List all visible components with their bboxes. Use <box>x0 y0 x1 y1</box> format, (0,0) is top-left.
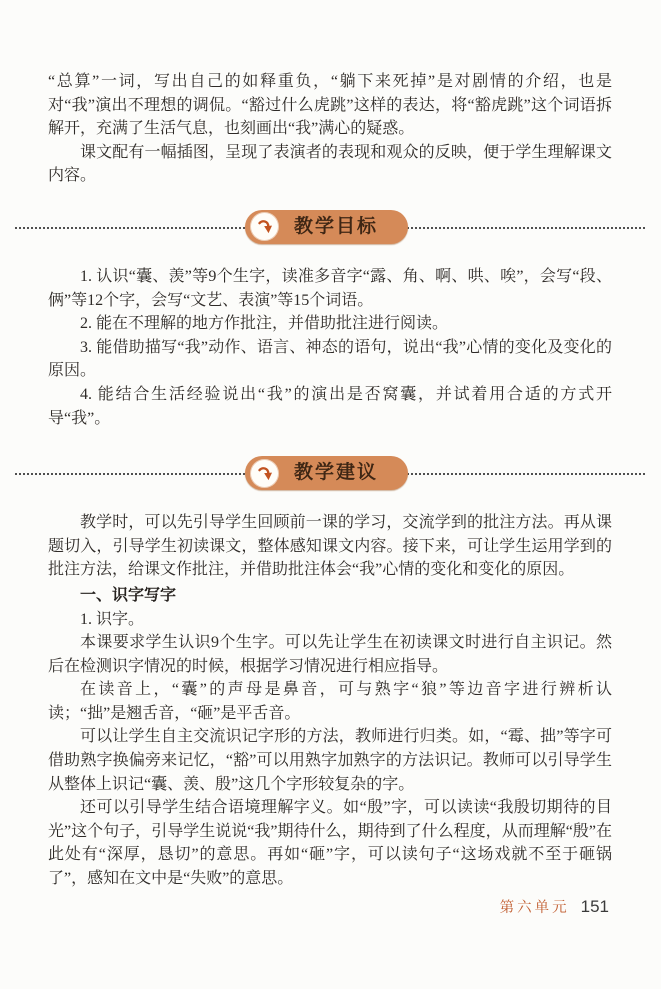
objective-item-2: 2. 能在不理解的地方作批注，并借助批注进行阅读。 <box>48 312 612 336</box>
suggestions-badge-label: 教学建议 <box>279 456 408 490</box>
objectives-list: 1. 认识“囊、羡”等9个生字，读准多音字“露、角、啊、哄、唉”，会写“段、俩”… <box>48 265 612 430</box>
objective-item-1: 1. 认识“囊、羡”等9个生字，读准多音字“露、角、啊、哄、唉”，会写“段、俩”… <box>48 265 612 312</box>
page-content: “总算”一词，写出自己的如释重负，“躺下来死掉”是对剧情的介绍，也是对“我”演出… <box>0 0 661 891</box>
suggestions-paragraph-3: 可以让学生自主交流识记字形的方法，教师进行归类。如，“霉、拙”等字可借助熟字换偏… <box>48 725 612 796</box>
objective-item-3: 3. 能借助描写“我”动作、语言、神态的语句，说出“我”心情的变化及变化的原因。 <box>48 336 612 383</box>
suggestions-paragraph-4: 还可以引导学生结合语境理解字义。如“殷”字，可以读读“我殷切期待的目光”这个句子… <box>48 796 612 890</box>
unit-label: 第六单元 <box>500 896 570 917</box>
curved-down-arrow-icon <box>250 459 279 488</box>
textbook-page: “总算”一词，写出自己的如释重负，“躺下来死掉”是对剧情的介绍，也是对“我”演出… <box>0 0 661 989</box>
objectives-badge-label: 教学目标 <box>279 210 408 244</box>
page-footer: 第六单元 151 <box>500 896 609 917</box>
intro-paragraph-1: “总算”一词，写出自己的如释重负，“躺下来死掉”是对剧情的介绍，也是对“我”演出… <box>48 70 612 141</box>
objectives-badge-row: 教学目标 <box>48 210 612 244</box>
suggestions-paragraph-1: 本课要求学生认识9个生字。可以先让学生在初读课文时进行自主识记。然后在检测识字情… <box>48 631 612 678</box>
objective-item-4: 4. 能结合生活经验说出“我”的演出是否窝囊，并试着用合适的方式开导“我”。 <box>48 383 612 430</box>
section-heading-literacy: 一、识字写字 <box>48 584 612 608</box>
curved-down-arrow-icon <box>250 212 279 241</box>
suggestions-paragraph-2: 在读音上，“囊”的声母是鼻音，可与熟字“狼”等边音字进行辨析认读；“拙”是翘舌音… <box>48 678 612 725</box>
page-number: 151 <box>581 897 609 917</box>
objectives-badge: 教学目标 <box>245 210 408 244</box>
suggestions-intro-paragraph: 教学时，可以先引导学生回顾前一课的学习，交流学到的批注方法。再从课题切入，引导学… <box>48 511 612 582</box>
suggestions-badge: 教学建议 <box>245 456 408 490</box>
step-label-shizi: 1. 识字。 <box>48 608 612 632</box>
suggestions-badge-row: 教学建议 <box>48 456 612 490</box>
intro-paragraph-2: 课文配有一幅插图，呈现了表演者的表现和观众的反映，便于学生理解课文内容。 <box>48 141 612 188</box>
